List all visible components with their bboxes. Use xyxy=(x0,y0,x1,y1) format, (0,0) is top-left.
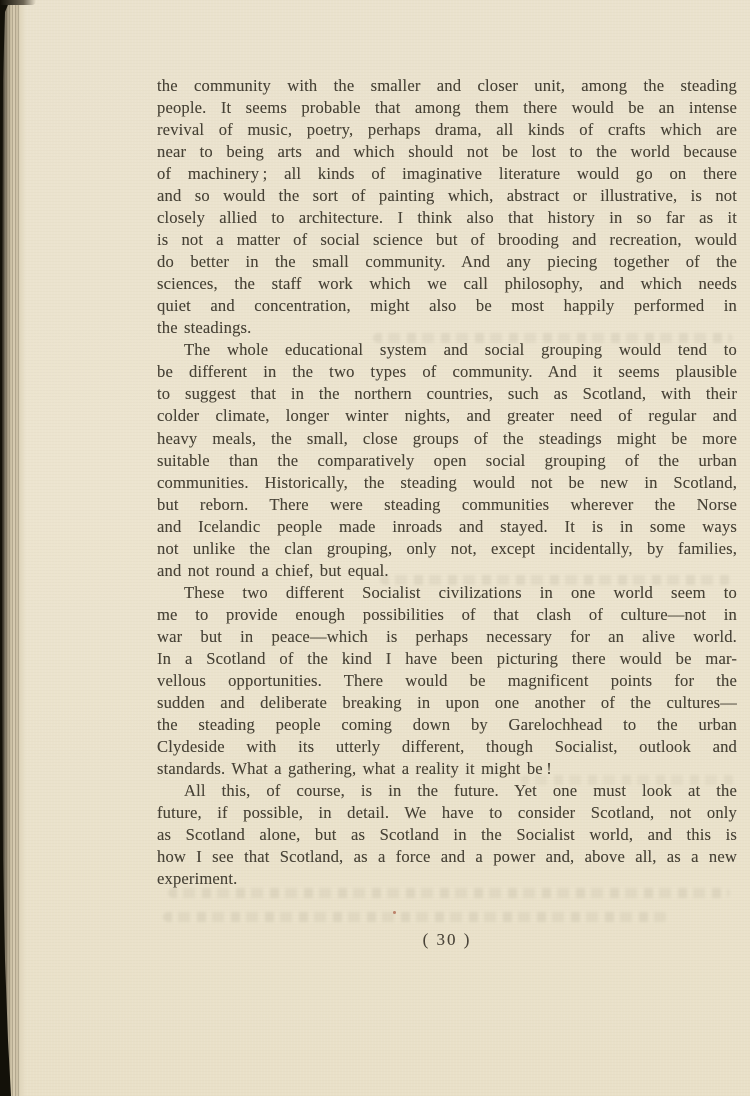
text-line: be different in the two types of communi… xyxy=(157,361,737,383)
text-line: of machinery ; all kinds of imaginative … xyxy=(157,163,737,185)
text-line: communities. Historically, the steading … xyxy=(157,472,737,494)
text-line: The whole educational system and social … xyxy=(157,339,737,361)
text-line: the community with the smaller and close… xyxy=(157,75,737,97)
paragraph: All this, of course, is in the future. Y… xyxy=(157,780,737,890)
scan-corner-artifact xyxy=(0,0,36,5)
text-line: sciences, the staff work which we call p… xyxy=(157,273,737,295)
text-line: people. It seems probable that among the… xyxy=(157,97,737,119)
text-line: to suggest that in the northern countrie… xyxy=(157,383,737,405)
text-line: All this, of course, is in the future. Y… xyxy=(157,780,737,802)
text-line: do better in the small community. And an… xyxy=(157,251,737,273)
text-line: heavy meals, the small, close groups of … xyxy=(157,428,737,450)
paragraph: These two different Socialist civilizati… xyxy=(157,582,737,780)
text-line: colder climate, longer winter nights, an… xyxy=(157,405,737,427)
text-line: Clydeside with its utterly different, th… xyxy=(157,736,737,758)
paragraph: The whole educational system and social … xyxy=(157,339,737,581)
text-line: revival of music, poetry, perhaps drama,… xyxy=(157,119,737,141)
text-line: suitable than the comparatively open soc… xyxy=(157,450,737,472)
paragraph: the community with the smaller and close… xyxy=(157,75,737,339)
paper-speck xyxy=(393,911,396,914)
text-line: the steadings. xyxy=(157,317,737,339)
text-line: and not round a chief, but equal. xyxy=(157,560,737,582)
text-line: and so would the sort of painting which,… xyxy=(157,185,737,207)
text-line: me to provide enough possibilities of th… xyxy=(157,604,737,626)
text-line: In a Scotland of the kind I have been pi… xyxy=(157,648,737,670)
page-number: ( 30 ) xyxy=(157,930,737,952)
scanned-book-page: the community with the smaller and close… xyxy=(0,0,750,1096)
text-line: war but in peace—which is perhaps necess… xyxy=(157,626,737,648)
text-line: These two different Socialist civilizati… xyxy=(157,582,737,604)
text-line: future, if possible, in detail. We have … xyxy=(157,802,737,824)
text-line: near to being arts and which should not … xyxy=(157,141,737,163)
text-line: quiet and concentration, might also be m… xyxy=(157,295,737,317)
text-line: standards. What a gathering, what a real… xyxy=(157,758,737,780)
show-through-artifact xyxy=(163,912,668,922)
text-line: as Scotland alone, but as Scotland in th… xyxy=(157,824,737,846)
text-line: closely allied to architecture. I think … xyxy=(157,207,737,229)
text-line: is not a matter of social science but of… xyxy=(157,229,737,251)
text-line: sudden and deliberate breaking in upon o… xyxy=(157,692,737,714)
text-line: not unlike the clan grouping, only not, … xyxy=(157,538,737,560)
text-line: but reborn. There were steading communit… xyxy=(157,494,737,516)
text-line: vellous opportunities. There would be ma… xyxy=(157,670,737,692)
text-line: experiment. xyxy=(157,868,737,890)
text-line: how I see that Scotland, as a force and … xyxy=(157,846,737,868)
text-block: the community with the smaller and close… xyxy=(157,75,737,890)
text-line: and Icelandic people made inroads and st… xyxy=(157,516,737,538)
text-line: the steading people coming down by Garel… xyxy=(157,714,737,736)
